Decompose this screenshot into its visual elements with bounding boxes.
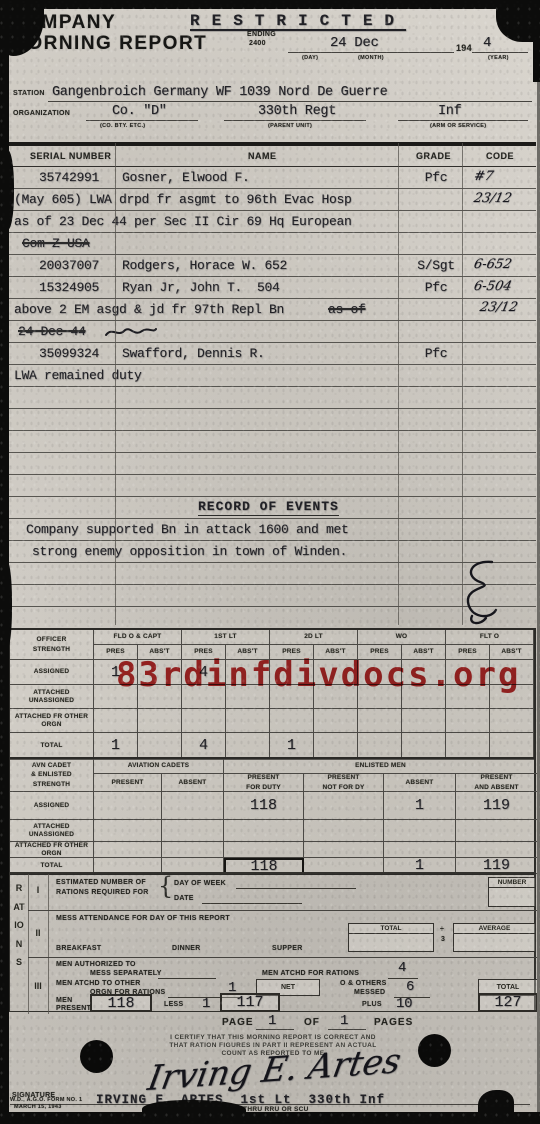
handwritten-scribble [104, 323, 158, 341]
scan-blob-bottom-right [478, 1090, 514, 1120]
soldier-name: Gosner, Elwood F. [122, 170, 250, 185]
subhead-present: PRESENT [94, 774, 162, 792]
station-value: Gangenbroich Germany WF 1039 Nord De Gue… [52, 85, 387, 100]
report-date: 24 Dec [330, 35, 379, 51]
struck-remark-text: Com Z USA [22, 236, 90, 251]
record-of-events-title-row: RECORD OF EVENTS [8, 497, 536, 519]
punch-hole-right [418, 1034, 451, 1067]
estimated-rations-line2: RATIONS REQUIRED FOR [56, 889, 149, 897]
subhead-line: FOR DUTY [245, 783, 282, 792]
handwritten-code: #7 [472, 169, 494, 184]
org-parent-sublabel: (PARENT UNIT) [268, 123, 312, 129]
ending-label: ENDING [247, 31, 276, 39]
enlisted-cell-empty [94, 820, 162, 842]
grand-total-value: 127 [494, 995, 521, 1010]
officer-title-line2: STRENGTH [32, 645, 71, 654]
roster-row-remark: (May 605) LWA drpd fr asgmt to 96th Evac… [8, 189, 536, 211]
roster-row-entry: 20037007 Rodgers, Horace W. 652 S/Sgt 6-… [8, 255, 536, 277]
scan-edge-bottom [0, 1112, 540, 1124]
mess-separately-label: MESS SEPARATELY [90, 970, 162, 978]
column-rule [462, 143, 463, 625]
less-value: 1 [202, 996, 210, 1012]
officer-cell-empty [138, 709, 182, 733]
grand-total-value-box: 127 [478, 993, 538, 1012]
soldier-serial: 35099324 [24, 346, 114, 361]
officer-cell-empty [94, 709, 138, 733]
officer-cell-empty [446, 733, 490, 759]
officer-cell-empty [314, 733, 358, 759]
officer-cell-empty [226, 709, 270, 733]
enlisted-cell-empty [94, 842, 162, 858]
events-line: strong enemy opposition in town of Winde… [32, 544, 347, 559]
total-box-label: TOTAL [349, 924, 433, 934]
men-atchd-rations-value: 4 [398, 960, 406, 976]
scan-edge-top [0, 0, 540, 9]
archive-watermark: 83rdinfdivdocs.org [116, 658, 520, 692]
enlisted-assigned-present-for-duty: 118 [224, 792, 304, 820]
officer-total-2lt-pres: 1 [270, 733, 314, 759]
punch-hole-left [80, 1040, 113, 1073]
number-box: NUMBER [488, 877, 536, 907]
men-atchd-rations-label: MEN ATCHD FOR RATIONS [262, 970, 359, 978]
events-line-row: Company supported Bn in attack 1600 and … [8, 519, 536, 541]
enlisted-title-line1: AVN CADET [31, 761, 72, 770]
day-sublabel: (DAY) [302, 55, 318, 61]
of-label: OF [304, 1017, 320, 1029]
mess-attendance-title: MESS ATTENDANCE FOR DAY OF THIS REPORT [56, 915, 230, 923]
footer: PAGE 1 OF 1 PAGES I CERTIFY THAT THIS MO… [0, 1012, 540, 1124]
others-messed-line1: O & OTHERS [340, 980, 387, 988]
enlisted-cell-empty [456, 820, 538, 842]
soldier-grade: Pfc [406, 280, 466, 295]
row-label-attached-fr-other: ATTACHED FR OTHER ORGN [10, 709, 94, 733]
roster-row-blank [8, 409, 536, 431]
roster-row-remark: LWA remained duty [8, 365, 536, 387]
personnel-roster: SERIAL NUMBER NAME GRADE CODE 35742991 G… [8, 142, 536, 625]
plus-label: PLUS [362, 1001, 382, 1009]
officer-cell-empty [182, 709, 226, 733]
net-value: 117 [236, 995, 263, 1010]
pages-label: PAGES [374, 1017, 413, 1029]
column-rule [398, 143, 399, 625]
roster-row-remark: 24 Dec 44 [8, 321, 536, 343]
men-present-value: 118 [107, 996, 134, 1011]
org-parent-unit: 330th Regt [258, 104, 336, 119]
roster-row-blank [8, 431, 536, 453]
enlisted-cell-empty [304, 842, 384, 858]
officer-cell-empty [402, 733, 446, 759]
officer-cell-empty [270, 709, 314, 733]
record-of-events-title: RECORD OF EVENTS [198, 499, 339, 516]
row-label-attached-unassigned: ATTACHED UNASSIGNED [10, 685, 94, 709]
morning-report-scan: COMPANY MORNING REPORT RESTRICTED ENDING… [0, 0, 540, 1124]
men-present-line1: MEN [56, 997, 72, 1005]
group-2d-lt: 2D LT [270, 630, 358, 645]
soldier-serial: 35742991 [24, 170, 114, 185]
remark-text: above 2 EM asgd & jd fr 97th Repl Bn [14, 302, 284, 317]
officer-strength-title-cell: OFFICER STRENGTH [10, 630, 94, 660]
handwritten-date: 23/12 [478, 300, 519, 315]
enlisted-title-line2: & ENLISTED [30, 770, 73, 779]
officer-cell-empty [446, 709, 490, 733]
year-prefix: 194 [456, 43, 472, 53]
events-line: Company supported Bn in attack 1600 and … [26, 522, 349, 537]
enlisted-cell-empty [224, 842, 304, 858]
remark-text: as of 23 Dec 44 per Sec II Cir 69 Hq Eur… [14, 214, 352, 229]
roster-header-row: SERIAL NUMBER NAME GRADE CODE [8, 146, 536, 167]
officer-title-line1: OFFICER [36, 635, 68, 644]
row-label-assigned: ASSIGNED [10, 660, 94, 685]
enlisted-title-cell: AVN CADET & ENLISTED STRENGTH [10, 759, 94, 792]
dinner-label: DINNER [172, 945, 201, 953]
officer-cell-empty [358, 709, 402, 733]
roster-row-blank [8, 453, 536, 475]
officer-cell-empty [358, 733, 402, 759]
officer-cell-empty [402, 709, 446, 733]
struck-text: 24 Dec 44 [18, 324, 86, 339]
roster-row-entry: 35099324 Swafford, Dennis R. Pfc [8, 343, 536, 365]
row-label-total: TOTAL [10, 733, 94, 759]
handwritten-flourish [456, 558, 506, 626]
year-digit: 4 [483, 35, 491, 51]
roster-row-remark: as of 23 Dec 44 per Sec II Cir 69 Hq Eur… [8, 211, 536, 233]
signature-script: Irving E. Artes [145, 1041, 404, 1099]
grade-header: GRADE [416, 152, 451, 161]
rations-vertical-label: RATIONS [13, 879, 25, 972]
remark-text: LWA remained duty [14, 368, 142, 383]
subhead-present-not-for-duty: PRESENT NOT FOR DY [304, 774, 384, 792]
subhead-absent: ABSENT [384, 774, 456, 792]
page-number: 1 [268, 1013, 276, 1029]
column-rule [115, 143, 116, 625]
pages-number: 1 [340, 1013, 348, 1029]
others-messed-value: 6 [406, 979, 414, 995]
enlisted-cell-empty [304, 792, 384, 820]
group-wo: WO [358, 630, 446, 645]
org-company-sublabel: (CO. BTY. ETC.) [100, 123, 145, 129]
part-i-numeral: I [28, 886, 48, 895]
soldier-name: Rodgers, Horace W. 652 [122, 258, 287, 273]
supper-label: SUPPER [272, 945, 303, 953]
officer-cell-empty [490, 733, 534, 759]
classification-stamp: RESTRICTED [190, 12, 406, 30]
struck-text: as of [328, 302, 366, 317]
group-fld-o-capt: FLD O & CAPT [94, 630, 182, 645]
handwritten-code: 6-652 [472, 257, 513, 272]
enlisted-cell-empty [162, 820, 224, 842]
brace-glyph: { [158, 874, 173, 898]
men-present-value-box: 118 [90, 994, 152, 1012]
net-value-box: 117 [220, 993, 280, 1012]
subhead-absent: ABSENT [162, 774, 224, 792]
number-box-label: NUMBER [489, 878, 535, 888]
enlisted-cell-empty [224, 820, 304, 842]
scan-blob-bottom-left [142, 1100, 246, 1120]
enlisted-assigned-absent: 1 [384, 792, 456, 820]
officer-cell-empty [226, 733, 270, 759]
average-box: AVERAGE [453, 923, 536, 952]
officer-cell-empty [138, 733, 182, 759]
group-flt-o: FLT O [446, 630, 534, 645]
row-label-attached-unassigned: ATTACHED UNASSIGNED [10, 820, 94, 842]
subhead-present-for-duty: PRESENT FOR DUTY [224, 774, 304, 792]
enlisted-strength-table: AVN CADET & ENLISTED STRENGTH AVIATION C… [8, 757, 536, 875]
group-1st-lt: 1ST LT [182, 630, 270, 645]
scan-edge-right-top [533, 0, 540, 82]
plus-value: 10 [396, 996, 412, 1012]
date-label: DATE [174, 895, 194, 903]
total-box: TOTAL [348, 923, 434, 952]
enlisted-cell-empty [384, 820, 456, 842]
roster-row-remark: Com Z USA [8, 233, 536, 255]
handwritten-code: 6-504 [472, 279, 513, 294]
enlisted-cell-empty [384, 842, 456, 858]
organization-label: ORGANIZATION [13, 110, 70, 118]
subhead-line: PRESENT [479, 774, 513, 783]
scan-edge-left-bump [0, 560, 12, 650]
soldier-serial: 15324905 [24, 280, 114, 295]
officer-total-1lt-pres: 4 [182, 733, 226, 759]
subhead-present-and-absent: PRESENT AND ABSENT [456, 774, 538, 792]
soldier-name: Ryan Jr, John T. 504 [122, 280, 280, 295]
roster-row-blank [8, 387, 536, 409]
subhead-line: NOT FOR DY [321, 783, 365, 792]
day-of-week-label: DAY OF WEEK [174, 880, 226, 888]
handwritten-date: 23/12 [472, 191, 513, 206]
row-label-attached-fr-other: ATTACHED FR OTHER ORGN [10, 842, 94, 858]
ending-time: 2400 [249, 40, 266, 48]
enlisted-cell-empty [162, 792, 224, 820]
estimated-rations-line1: ESTIMATED NUMBER OF [56, 879, 146, 887]
less-label: LESS [164, 1001, 183, 1009]
divide-by: 3 [441, 936, 445, 944]
others-messed-line2: MESSED [354, 989, 385, 997]
name-header: NAME [248, 152, 277, 161]
group-enlisted-men: ENLISTED MEN [224, 759, 538, 774]
code-header: CODE [486, 152, 514, 161]
org-company: Co. "D" [112, 104, 167, 119]
subhead-line: PRESENT [326, 774, 360, 783]
org-arm: Inf [438, 104, 461, 119]
enlisted-cell-empty [94, 792, 162, 820]
soldier-grade: Pfc [406, 170, 466, 185]
soldier-name: Swafford, Dennis R. [122, 346, 265, 361]
group-aviation-cadets: AVIATION CADETS [94, 759, 224, 774]
org-arm-sublabel: (ARM OR SERVICE) [430, 123, 486, 129]
men-atchd-other-line1: MEN ATCHD TO OTHER [56, 980, 141, 988]
enlisted-assigned-present-and-absent: 119 [456, 792, 538, 820]
enlisted-cell-empty [456, 842, 538, 858]
subhead-line: PRESENT [246, 774, 280, 783]
enlisted-cell-empty [162, 842, 224, 858]
roster-row-remark: above 2 EM asgd & jd fr 97th Repl Bn as … [8, 299, 536, 321]
men-authorized-label: MEN AUTHORIZED TO [56, 961, 136, 969]
enlisted-title-line3: STRENGTH [32, 780, 71, 789]
soldier-grade: S/Sgt [406, 258, 466, 273]
rations-section: RATIONS I II III ESTIMATED NUMBER OF RAT… [8, 872, 536, 1012]
average-box-label: AVERAGE [454, 924, 535, 934]
officer-total-fld-pres: 1 [94, 733, 138, 759]
roster-row-entry: 15324905 Ryan Jr, John T. 504 Pfc 6-504 [8, 277, 536, 299]
part-iii-numeral: III [28, 982, 48, 991]
row-label-assigned: ASSIGNED [10, 792, 94, 820]
officer-cell-empty [314, 709, 358, 733]
divide-sign: ÷ [440, 926, 444, 934]
form-number: W.D., A.G.O. FORM NO. 1 [10, 1097, 82, 1103]
station-label: STATION [13, 90, 45, 98]
roster-row-entry: 35742991 Gosner, Elwood F. Pfc #7 [8, 167, 536, 189]
officer-cell-empty [490, 709, 534, 733]
serial-number-header: SERIAL NUMBER [30, 152, 111, 161]
subhead-line: AND ABSENT [473, 783, 519, 792]
enlisted-cell-empty [304, 820, 384, 842]
roster-row-blank [8, 475, 536, 497]
soldier-serial: 20037007 [24, 258, 114, 273]
year-sublabel: (YEAR) [488, 55, 509, 61]
soldier-grade: Pfc [406, 346, 466, 361]
certify-line1: I CERTIFY THAT THIS MORNING REPORT IS CO… [118, 1035, 428, 1042]
part-ii-numeral: II [28, 929, 48, 938]
page-label: PAGE [222, 1017, 254, 1029]
month-sublabel: (MONTH) [358, 55, 384, 61]
scan-edge-left-bump [0, 150, 14, 230]
form-date: MARCH 15, 1943 [14, 1104, 62, 1110]
remark-text: (May 605) LWA drpd fr asgmt to 96th Evac… [14, 192, 352, 207]
breakfast-label: BREAKFAST [56, 945, 101, 953]
